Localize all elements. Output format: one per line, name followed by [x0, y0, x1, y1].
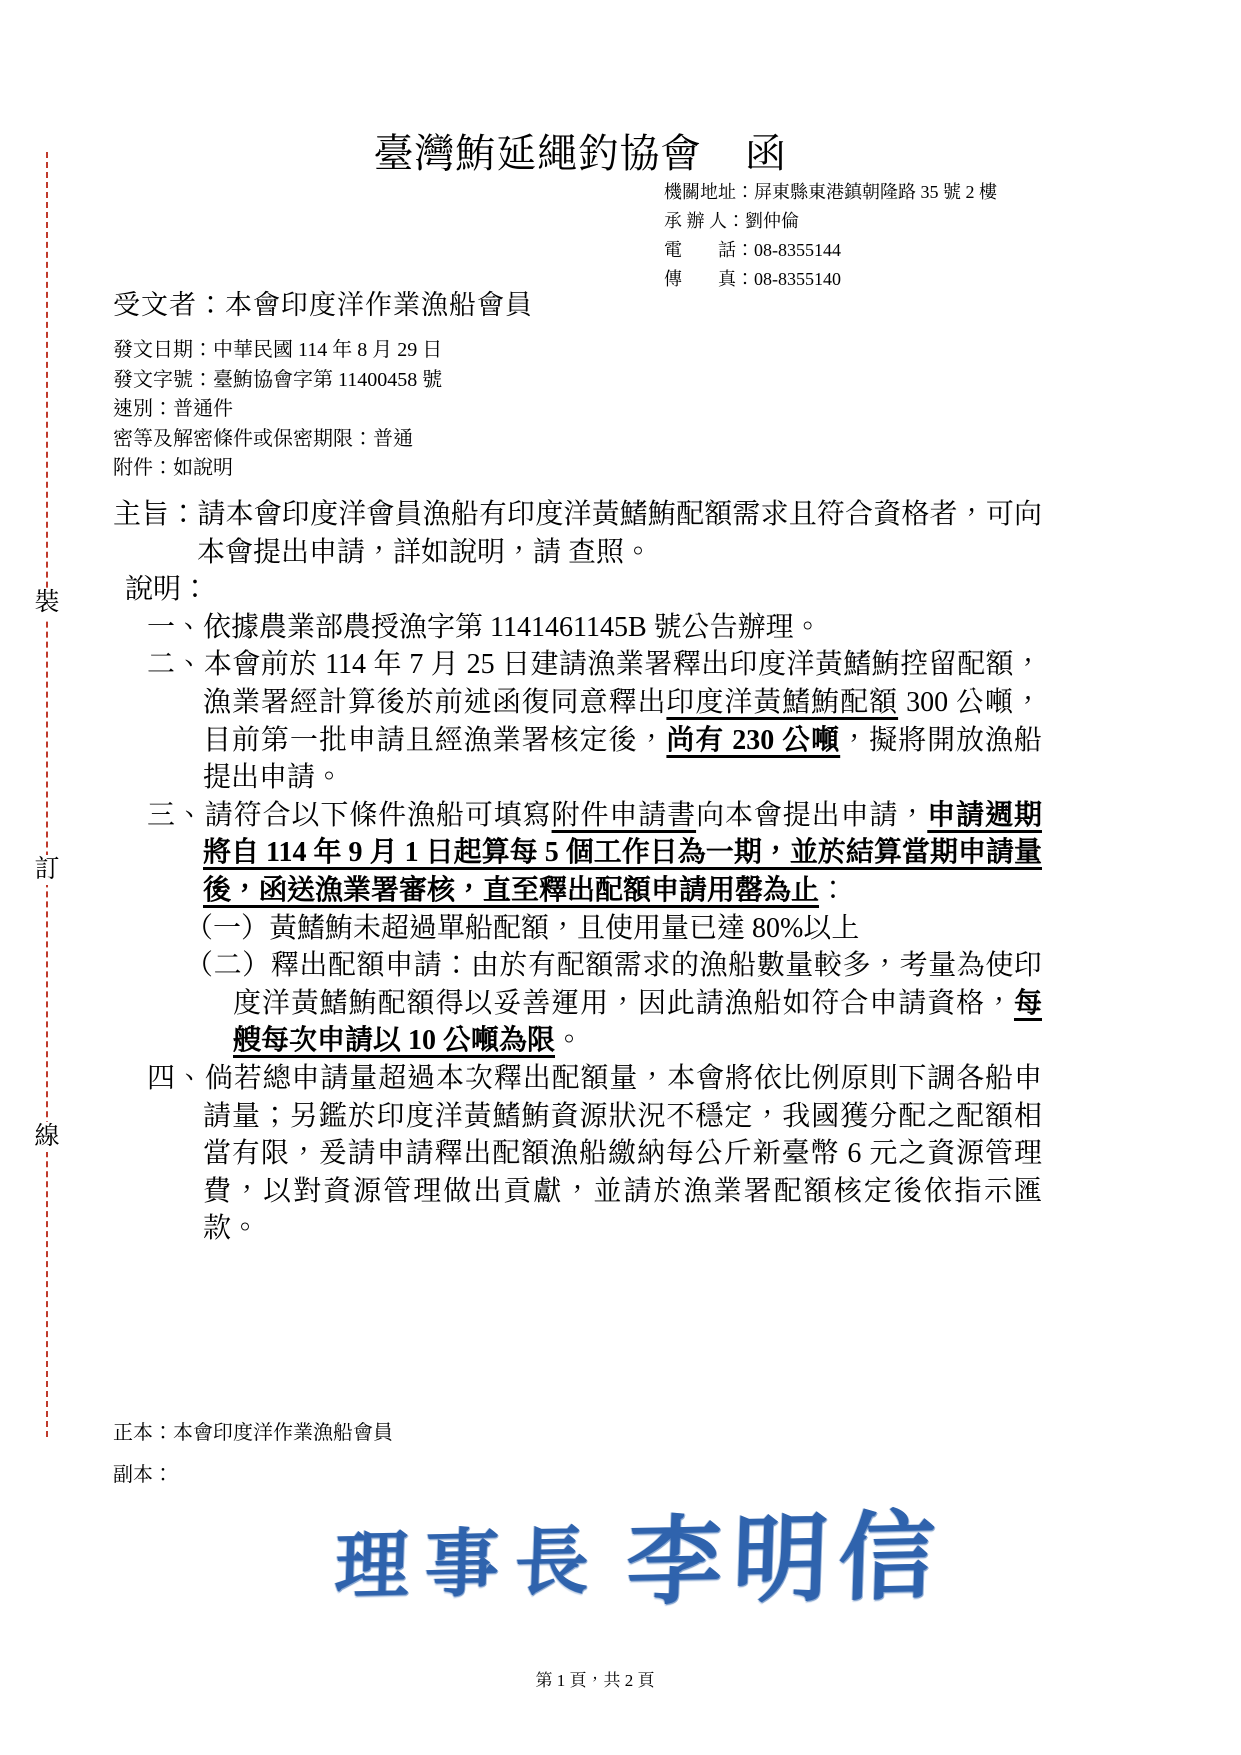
attachment-line: 附件：如說明: [113, 454, 442, 484]
explanation-item-2: 二、本會前於 114 年 7 月 25 日建請漁業署釋出印度洋黃鰭鮪控留配額，漁…: [113, 646, 1042, 796]
issue-date-line: 發文日期：中華民國 114 年 8 月 29 日: [113, 336, 442, 366]
explanation-heading: 說明：: [125, 571, 1042, 609]
security-class-line: 密等及解密條件或保密期限：普通: [113, 425, 442, 455]
item-text: 請符合以下條件漁船可填寫附件申請書向本會提出申請，申請週期將自 114 年 9 …: [203, 800, 1042, 906]
official-letter-page: 裝 訂 線 臺灣鮪延繩釣協會函 機關地址：屏東縣東港鎮朝隆路 35 號 2 樓 …: [0, 0, 1241, 1755]
subitem-number: （一）: [185, 913, 269, 944]
document-type: 函: [746, 131, 787, 176]
explanation-item-4: 四、倘若總申請量超過本次釋出配額量，本會將依比例原則下調各船申請量；另鑑於印度洋…: [113, 1060, 1042, 1248]
letter-body: 主旨：請本會印度洋會員漁船有印度洋黃鰭鮪配額需求且符合資格者，可向本會提出申請，…: [113, 496, 1042, 1248]
explanation-item-3-sub-2: （二）釋出配額申請：由於有配額需求的漁船數量較多，考量為使印度洋黃鰭鮪配額得以妥…: [113, 947, 1042, 1060]
contact-handler-line: 承 辦 人：劉仲倫: [664, 207, 997, 236]
subitem-text: 黃鰭鮪未超過單船配額，且使用量已達 80%以上: [269, 913, 859, 944]
meta-block: 發文日期：中華民國 114 年 8 月 29 日 發文字號：臺鮪協會字第 114…: [113, 336, 442, 484]
cc-copy-line: 副本：: [113, 1454, 393, 1496]
contact-fax-label: 傳 真：: [664, 269, 754, 289]
contact-block: 機關地址：屏東縣東港鎮朝隆路 35 號 2 樓 承 辦 人：劉仲倫 電 話：08…: [664, 178, 997, 294]
item-number: 三、: [147, 800, 205, 831]
page-number-footer: 第 1 頁，共 2 頁: [0, 1666, 1190, 1691]
contact-phone-value: 08-8355144: [754, 240, 841, 260]
item-text: 倘若總申請量超過本次釋出配額量，本會將依比例原則下調各船申請量；另鑑於印度洋黃鰭…: [203, 1063, 1042, 1244]
contact-address-line: 機關地址：屏東縣東港鎮朝隆路 35 號 2 樓: [664, 178, 997, 207]
contact-handler-value: 劉仲倫: [745, 211, 799, 231]
subject-label: 主旨：: [113, 499, 197, 530]
binding-mark-ding: 訂: [31, 855, 63, 885]
item-number: 二、: [147, 649, 204, 680]
subitem-text: 釋出配額申請：由於有配額需求的漁船數量較多，考量為使印度洋黃鰭鮪配額得以妥善運用…: [233, 950, 1042, 1056]
subitem-number: （二）: [185, 950, 271, 981]
item-text: 依據農業部農授漁字第 1141461145B 號公告辦理。: [203, 612, 822, 643]
contact-address-value: 屏東縣東港鎮朝隆路 35 號 2 樓: [754, 182, 997, 202]
distribution-block: 正本：本會印度洋作業漁船會員 副本：: [113, 1412, 393, 1496]
chairman-signature-stamp: 理事長李明信: [333, 1479, 987, 1630]
contact-handler-label: 承 辦 人：: [664, 211, 745, 231]
binding-mark-zhuang: 裝: [31, 588, 63, 618]
explanation-item-3: 三、請符合以下條件漁船可填寫附件申請書向本會提出申請，申請週期將自 114 年 …: [113, 797, 1042, 910]
contact-fax-line: 傳 真：08-8355140: [664, 265, 997, 294]
item-text: 本會前於 114 年 7 月 25 日建請漁業署釋出印度洋黃鰭鮪控留配額，漁業署…: [203, 649, 1042, 793]
original-copy-line: 正本：本會印度洋作業漁船會員: [113, 1412, 393, 1454]
item-number: 一、: [147, 612, 203, 643]
binding-mark-xian: 線: [31, 1122, 63, 1152]
recipient-line: 受文者：本會印度洋作業漁船會員: [113, 283, 533, 322]
binding-dashed-line: [46, 152, 48, 1437]
organization-name: 臺灣鮪延繩釣協會: [374, 131, 702, 176]
chairman-title: 理事長: [334, 1521, 607, 1609]
chairman-name: 李明信: [625, 1503, 946, 1617]
explanation-item-3-sub-1: （一）黃鰭鮪未超過單船配額，且使用量已達 80%以上: [113, 910, 1042, 948]
contact-phone-label: 電 話：: [664, 240, 754, 260]
contact-address-label: 機關地址：: [664, 182, 754, 202]
reference-number-line: 發文字號：臺鮪協會字第 11400458 號: [113, 366, 442, 396]
item-number: 四、: [147, 1063, 205, 1094]
document-title: 臺灣鮪延繩釣協會函: [0, 122, 1160, 179]
subject-text: 請本會印度洋會員漁船有印度洋黃鰭鮪配額需求且符合資格者，可向本會提出申請，詳如說…: [197, 499, 1042, 568]
contact-fax-value: 08-8355140: [754, 269, 841, 289]
explanation-item-1: 一、依據農業部農授漁字第 1141461145B 號公告辦理。: [113, 609, 1042, 647]
subject-paragraph: 主旨：請本會印度洋會員漁船有印度洋黃鰭鮪配額需求且符合資格者，可向本會提出申請，…: [113, 496, 1042, 571]
contact-phone-line: 電 話：08-8355144: [664, 236, 997, 265]
priority-line: 速別：普通件: [113, 395, 442, 425]
